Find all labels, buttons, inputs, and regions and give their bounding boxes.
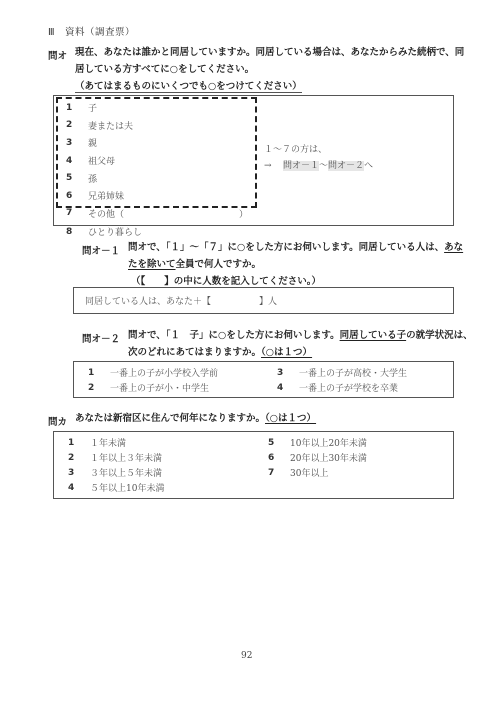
skip-note-line1: １～７の方は、 bbox=[264, 142, 327, 155]
option-o2-4[interactable]: 4一番上の子が学校を卒業 bbox=[277, 381, 398, 394]
question-o-text: 現在、あなたは誰かと同居していますか。同居している場合は、あなたからみた続柄で、… bbox=[75, 44, 465, 78]
option-ka-3[interactable]: 3３年以上５年未満 bbox=[68, 466, 162, 479]
option-o-4[interactable]: 4祖父母 bbox=[66, 152, 248, 170]
question-ka-text: あなたは新宿区に住んで何年になりますか。（○は１つ） bbox=[75, 410, 316, 427]
question-o-label: 問オ bbox=[48, 48, 67, 62]
option-o2-1[interactable]: 1一番上の子が小学校入学前 bbox=[88, 366, 218, 379]
option-o2-2[interactable]: 2一番上の子が小・中学生 bbox=[88, 381, 209, 394]
question-o-instruction: （あてはまるものにいくつでも○をつけてください） bbox=[75, 78, 302, 93]
option-o-1[interactable]: 1子 bbox=[66, 99, 248, 117]
arrow-right-icon: → bbox=[264, 161, 272, 171]
question-o1-text: 問オで、「１」～「７」に○をした方にお伺いします。同居している人は、あな たを除… bbox=[128, 239, 458, 273]
option-ka-4[interactable]: 4５年以上10年未満 bbox=[68, 481, 164, 494]
question-o1-label: 問オ－１ bbox=[82, 243, 120, 257]
question-o2-instruction: （○は１つ） bbox=[261, 347, 312, 358]
option-o-6[interactable]: 6兄弟姉妹 bbox=[66, 187, 248, 205]
option-o-5[interactable]: 5孫 bbox=[66, 169, 248, 187]
ref-question-o2: 問オ－２ bbox=[328, 161, 364, 171]
question-o1-answer: 同居している人は、あなた＋【】人 bbox=[85, 294, 277, 307]
option-ka-1[interactable]: 1１年未満 bbox=[68, 436, 126, 449]
question-o-options: 1子 2妻または夫 3親 4祖父母 5孫 6兄弟姉妹 7その他（） 8ひとり暮ら… bbox=[66, 99, 248, 241]
option-o2-3[interactable]: 3一番上の子が高校・大学生 bbox=[277, 366, 407, 379]
question-o-line2: 居している方すべてに○をしてください。 bbox=[75, 61, 465, 78]
option-ka-7[interactable]: 730年以上 bbox=[268, 466, 328, 479]
ref-question-o1: 問オ－１ bbox=[283, 161, 319, 171]
question-o2-text: 問オで、「１ 子」に○をした方にお伺いします。同居している子の就学状況は、 次の… bbox=[128, 327, 458, 361]
skip-note-line2: → 問オ－１～問オ－２へ bbox=[264, 158, 373, 171]
option-ka-5[interactable]: 510年以上20年未満 bbox=[268, 436, 367, 449]
question-o2-label: 問オ－２ bbox=[82, 331, 120, 345]
question-o1-instruction: （【 】の中に人数を記入してください。） bbox=[131, 273, 321, 288]
option-ka-2[interactable]: 2１年以上３年未満 bbox=[68, 451, 162, 464]
page-number: 92 bbox=[241, 651, 252, 661]
section-title: Ⅲ 資料（調査票） bbox=[48, 24, 135, 38]
question-ka-label: 問カ bbox=[48, 414, 67, 428]
option-o-3[interactable]: 3親 bbox=[66, 134, 248, 152]
question-o-line1: 現在、あなたは誰かと同居していますか。同居している場合は、あなたからみた続柄で、… bbox=[75, 44, 465, 61]
option-ka-6[interactable]: 620年以上30年未満 bbox=[268, 451, 367, 464]
question-ka-instruction: （○は１つ） bbox=[265, 413, 316, 424]
option-o-2[interactable]: 2妻または夫 bbox=[66, 117, 248, 135]
option-o-7[interactable]: 7その他（） bbox=[66, 205, 248, 223]
